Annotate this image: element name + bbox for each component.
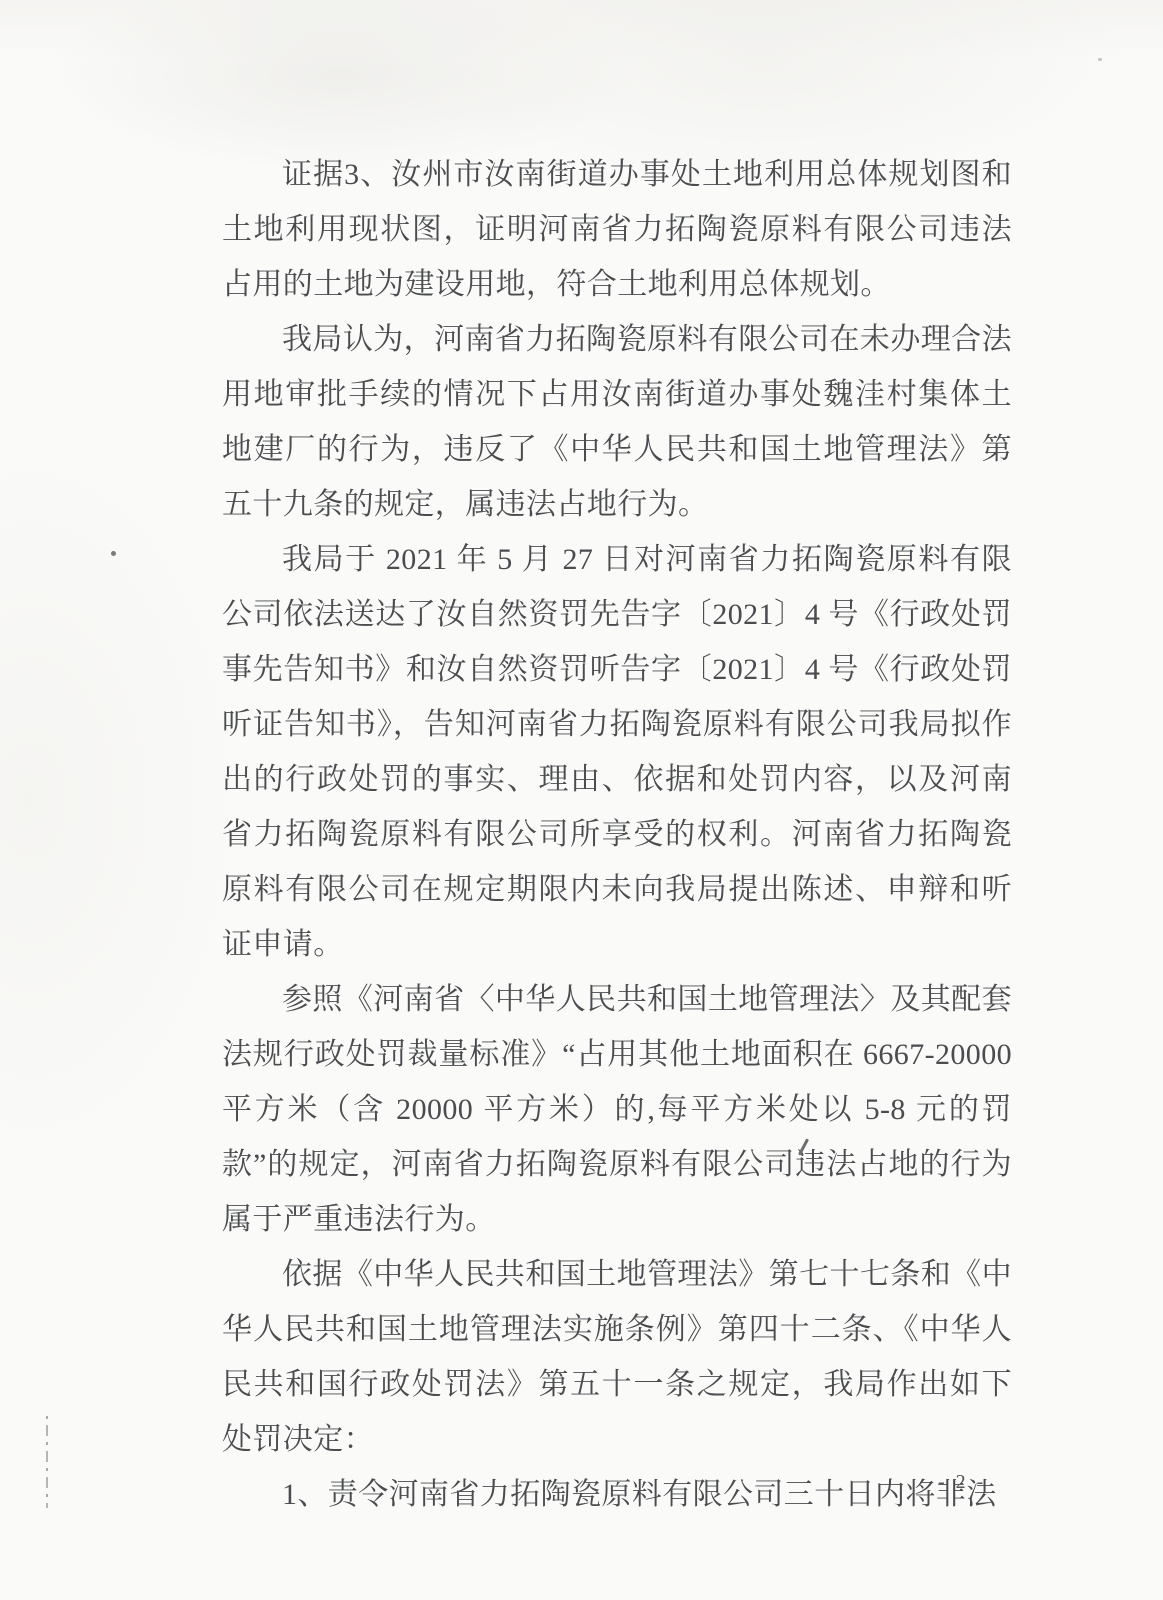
paragraph-bureau-opinion: 我局认为，河南省力拓陶瓷原料有限公司在未办理合法用地审批手续的情况下占用汝南街道…	[222, 312, 1012, 532]
document-body: 证据3、汝州市汝南街道办事处土地利用总体规划图和土地利用现状图，证明河南省力拓陶…	[222, 147, 1012, 1522]
scan-speck-faint	[1098, 58, 1102, 61]
paragraph-legal-basis: 依据《中华人民共和国土地管理法》第七十七条和《中华人民共和国土地管理法实施条例》…	[222, 1247, 1012, 1467]
paragraph-evidence-3: 证据3、汝州市汝南街道办事处土地利用总体规划图和土地利用现状图，证明河南省力拓陶…	[222, 147, 1012, 312]
paragraph-decision-item-1: 1、责令河南省力拓陶瓷原料有限公司三十日内将非法	[222, 1467, 1012, 1522]
page-number: - 2 -	[938, 1471, 986, 1494]
scan-speck-dot	[111, 551, 116, 556]
scan-edge-binding-marks	[46, 1416, 48, 1508]
paragraph-notification-service: 我局于 2021 年 5 月 27 日对河南省力拓陶瓷原料有限公司依法送达了汝自…	[222, 532, 1012, 972]
scanned-document-page: 证据3、汝州市汝南街道办事处土地利用总体规划图和土地利用现状图，证明河南省力拓陶…	[0, 0, 1163, 1600]
paragraph-discretion-standard: 参照《河南省〈中华人民共和国土地管理法〉及其配套法规行政处罚裁量标准》“占用其他…	[222, 972, 1012, 1247]
